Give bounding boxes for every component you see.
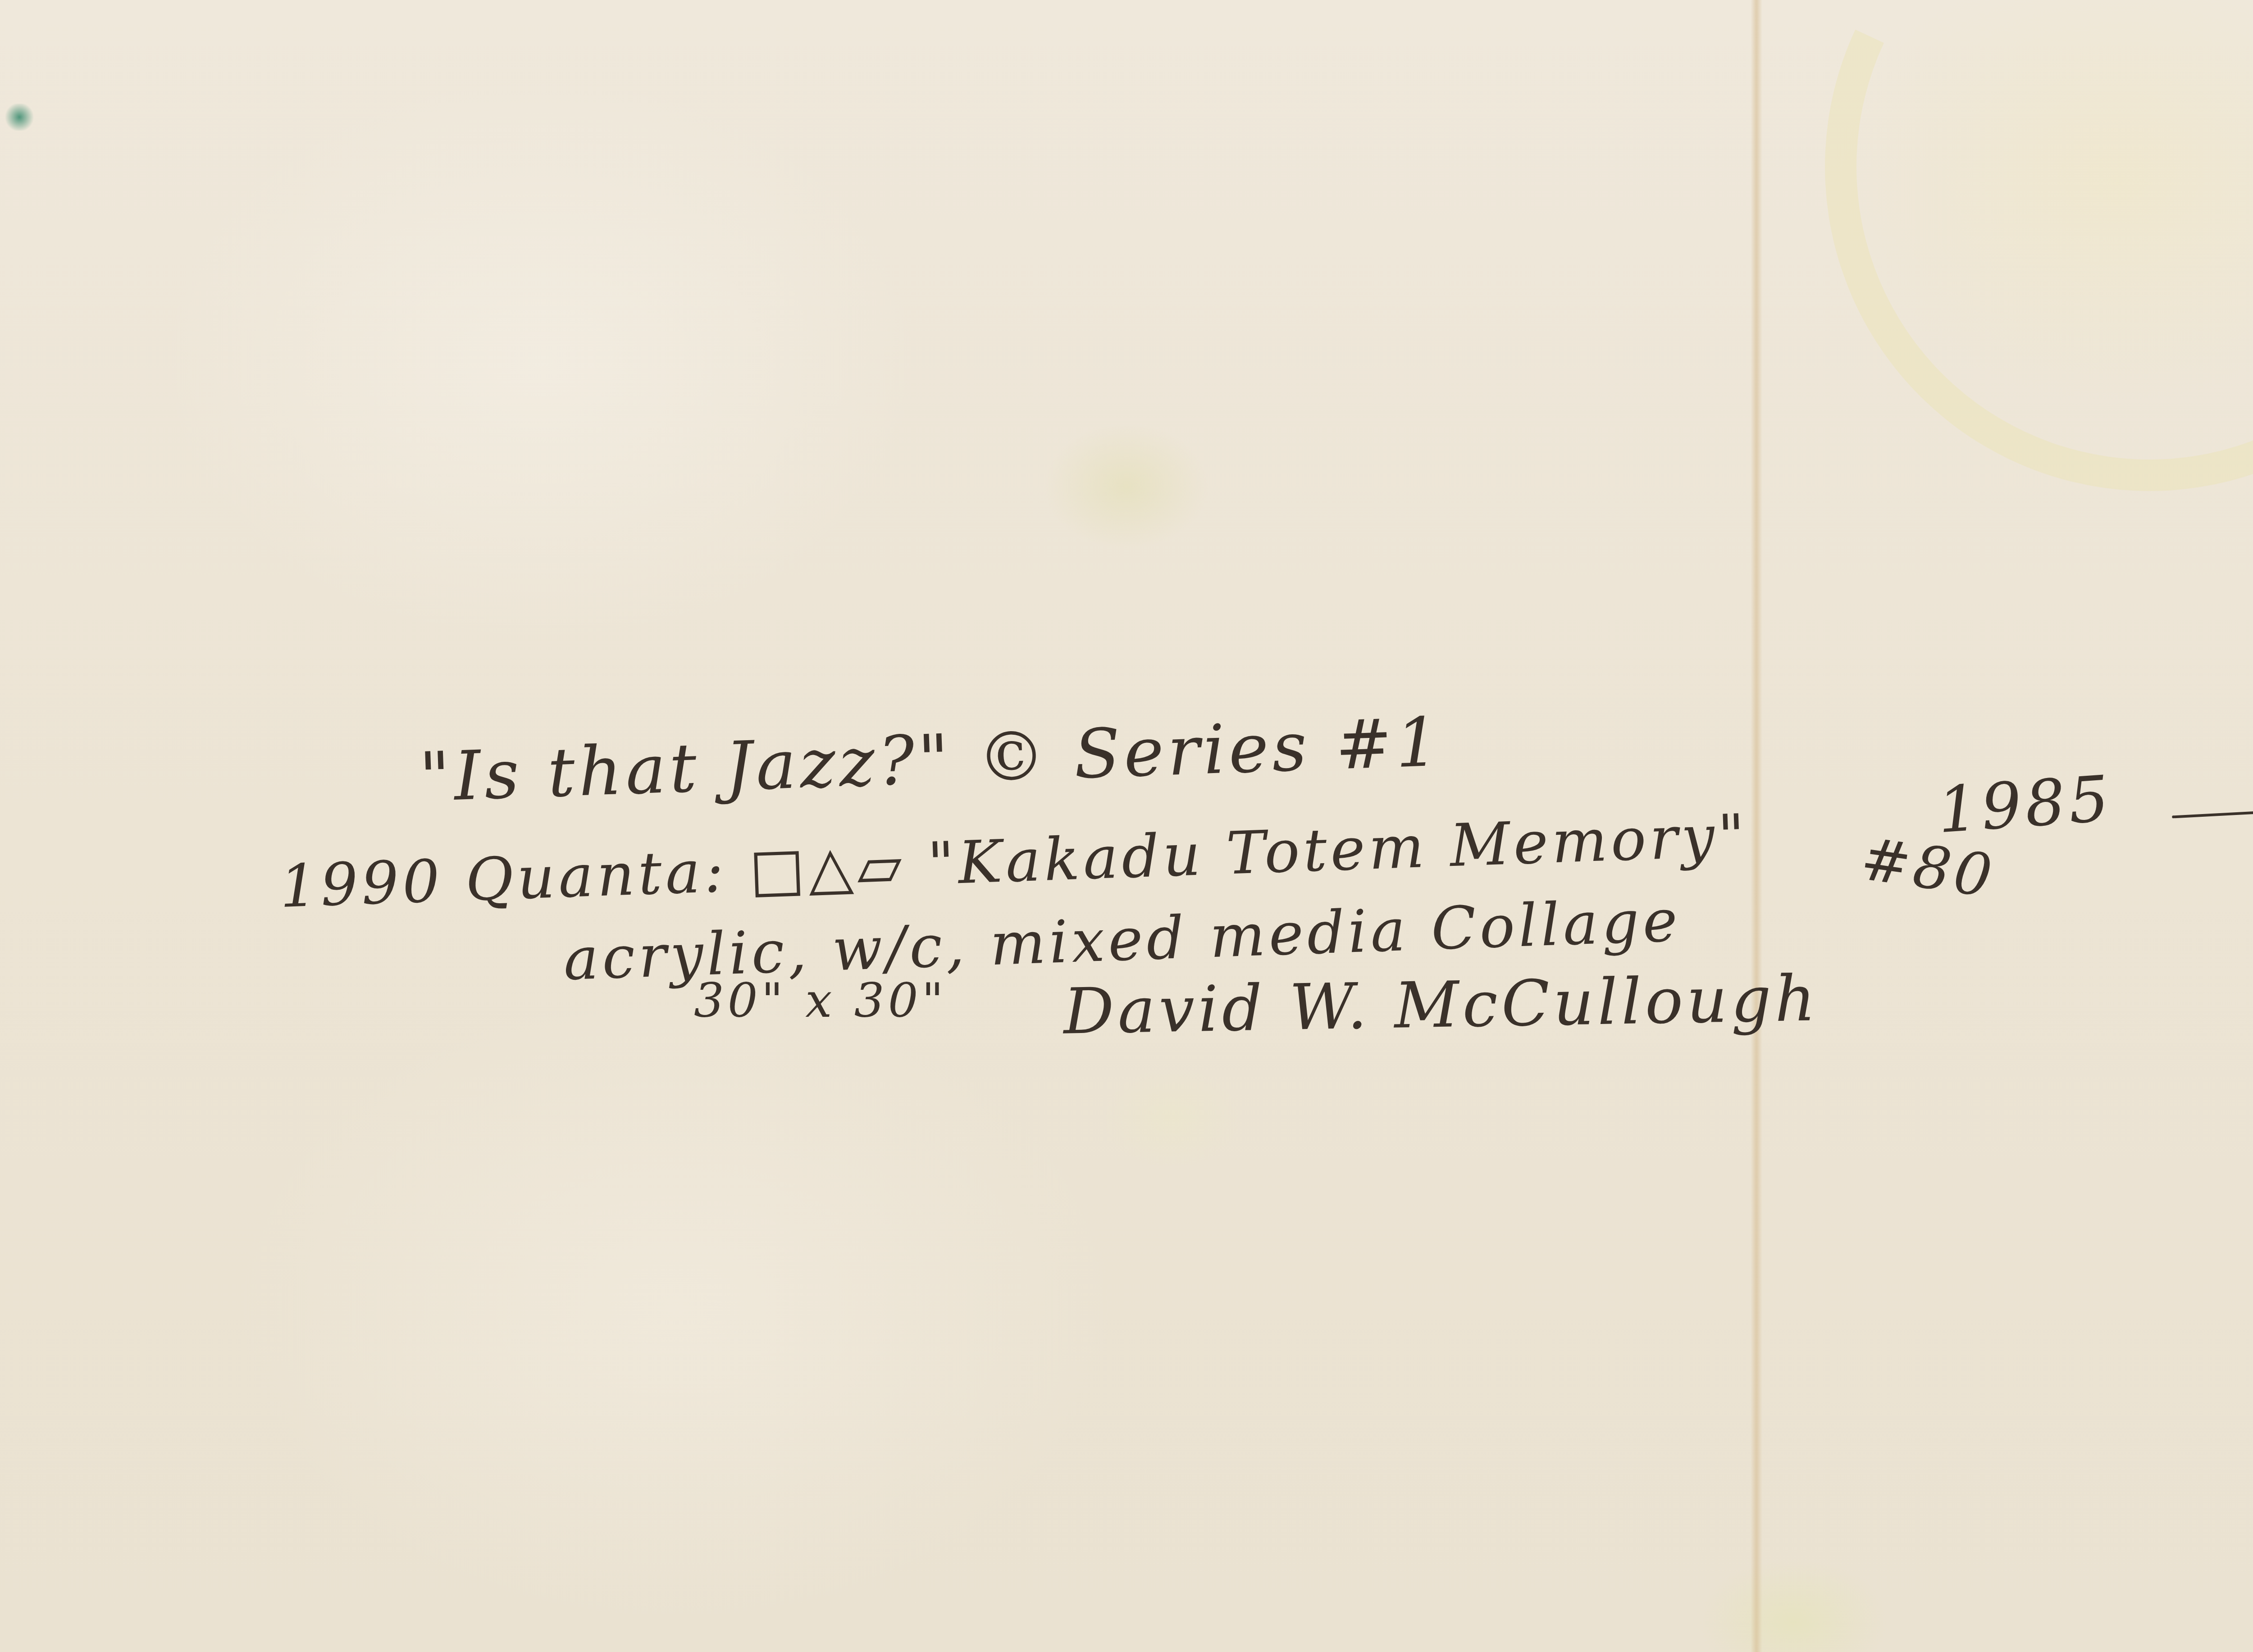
artist-signature: David W. McCullough [1063,962,1820,1048]
date-1985: 1985 [1935,762,2115,848]
title-series-line: "Is that Jazz?" © Series #1 [418,703,1444,817]
dash-stroke [2172,806,2253,819]
dimensions: 30" x 30" [694,973,947,1028]
handwritten-inscription: "Is that Jazz?" © Series #1 1985 1990 Qu… [0,0,2253,1652]
